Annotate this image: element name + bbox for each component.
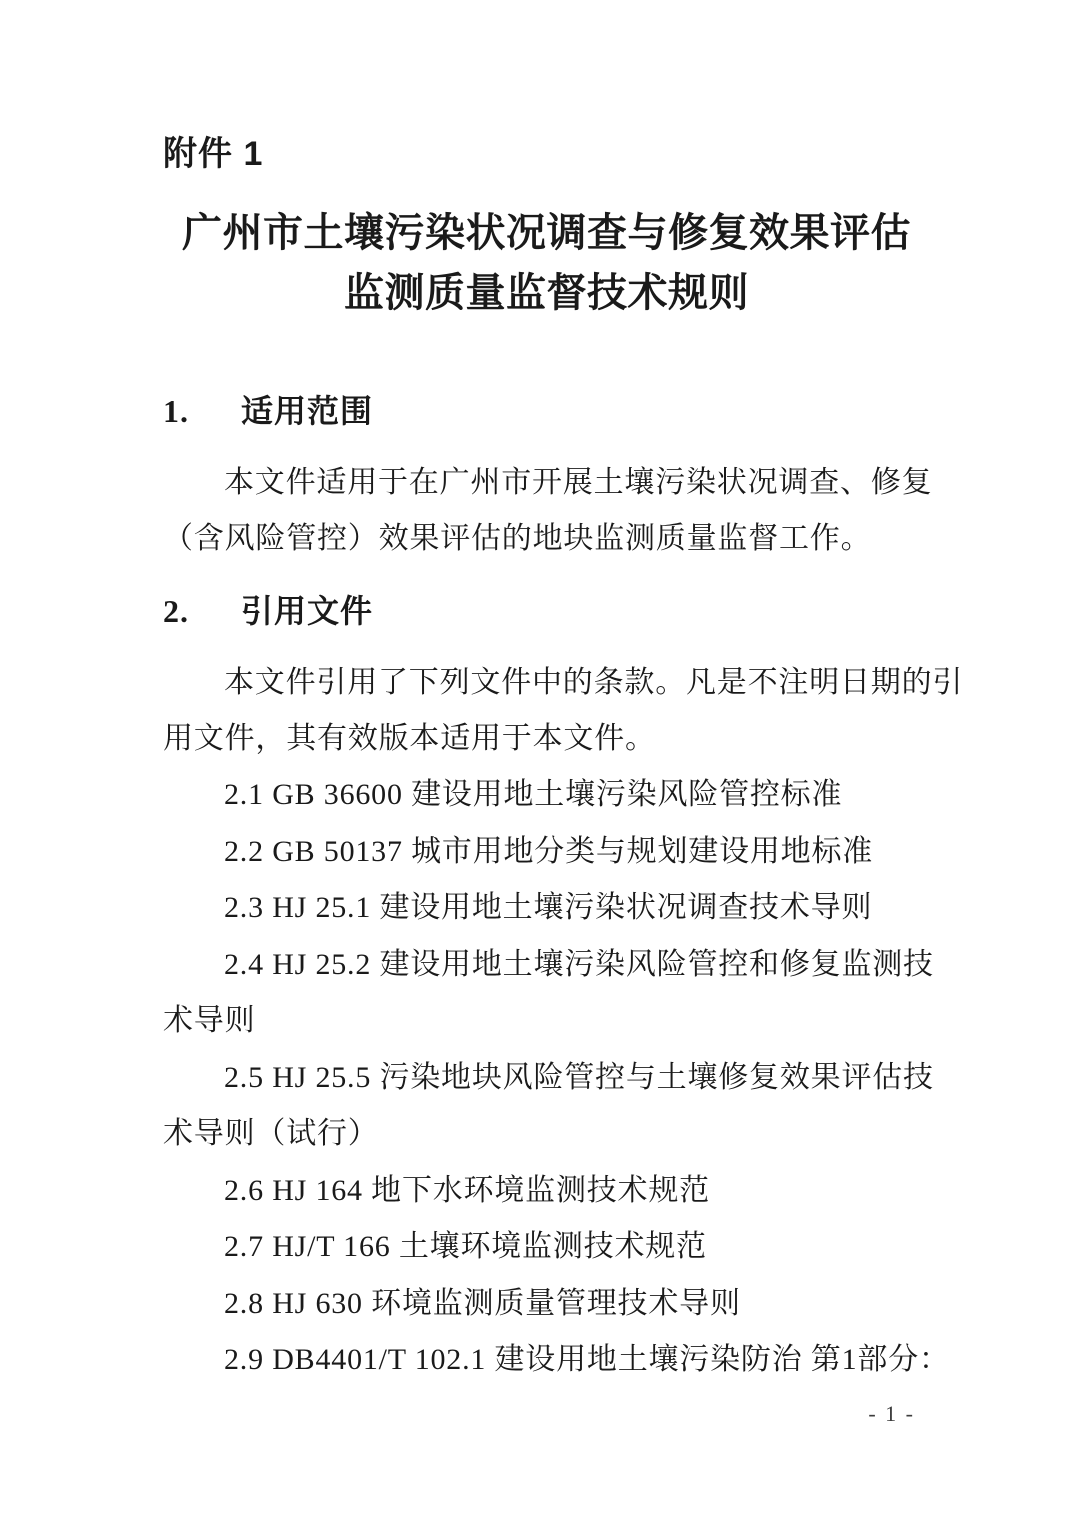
reference-item-2-4: 2.4 HJ 25.2 建设用地土壤污染风险管控和修复监测技 <box>163 937 930 994</box>
paragraph-line: 本文件适用于在广州市开展土壤污染状况调查、修复 <box>163 455 930 511</box>
reference-item-2-5-continuation: 术导则（试行） <box>163 1106 930 1163</box>
section-1-heading: 1.适用范围 <box>163 389 930 433</box>
section-2-heading: 2.引用文件 <box>163 589 930 633</box>
paragraph-line: 用文件，其有效版本适用于本文件。 <box>163 711 930 767</box>
reference-item-2-9: 2.9 DB4401/T 102.1 建设用地土壤污染防治 第1部分： <box>163 1332 930 1389</box>
section-1-title: 适用范围 <box>241 393 373 429</box>
reference-item-2-5: 2.5 HJ 25.5 污染地块风险管控与土壤修复效果评估技 <box>163 1050 930 1107</box>
reference-item-2-6: 2.6 HJ 164 地下水环境监测技术规范 <box>163 1163 930 1220</box>
document-title-line-2: 监测质量监督技术规则 <box>163 263 930 323</box>
reference-item-2-2: 2.2 GB 50137 城市用地分类与规划建设用地标准 <box>163 824 930 881</box>
section-2-number: 2. <box>163 589 241 633</box>
reference-list: 2.1 GB 36600 建设用地土壤污染风险管控标准 2.2 GB 50137… <box>163 767 930 1389</box>
reference-item-2-1: 2.1 GB 36600 建设用地土壤污染风险管控标准 <box>163 767 930 824</box>
section-1-number: 1. <box>163 389 241 433</box>
section-2-title: 引用文件 <box>241 593 373 629</box>
attachment-label: 附件 1 <box>163 133 930 175</box>
reference-item-2-8: 2.8 HJ 630 环境监测质量管理技术导则 <box>163 1276 930 1333</box>
document-page: 附件 1 广州市土壤污染状况调查与修复效果评估 监测质量监督技术规则 1.适用范… <box>0 0 1080 1526</box>
page-number: - 1 - <box>868 1401 915 1426</box>
document-title: 广州市土壤污染状况调查与修复效果评估 监测质量监督技术规则 <box>163 203 930 323</box>
paragraph-line: 本文件引用了下列文件中的条款。凡是不注明日期的引 <box>163 655 930 711</box>
paragraph-line: （含风险管控）效果评估的地块监测质量监督工作。 <box>163 511 930 567</box>
reference-item-2-3: 2.3 HJ 25.1 建设用地土壤污染状况调查技术导则 <box>163 880 930 937</box>
section-1-paragraph: 本文件适用于在广州市开展土壤污染状况调查、修复 （含风险管控）效果评估的地块监测… <box>163 455 930 567</box>
reference-item-2-7: 2.7 HJ/T 166 土壤环境监测技术规范 <box>163 1219 930 1276</box>
document-title-line-1: 广州市土壤污染状况调查与修复效果评估 <box>163 203 930 263</box>
section-2-paragraph: 本文件引用了下列文件中的条款。凡是不注明日期的引 用文件，其有效版本适用于本文件… <box>163 655 930 767</box>
reference-item-2-4-continuation: 术导则 <box>163 993 930 1050</box>
page-footer: - 1 - <box>163 1401 930 1427</box>
